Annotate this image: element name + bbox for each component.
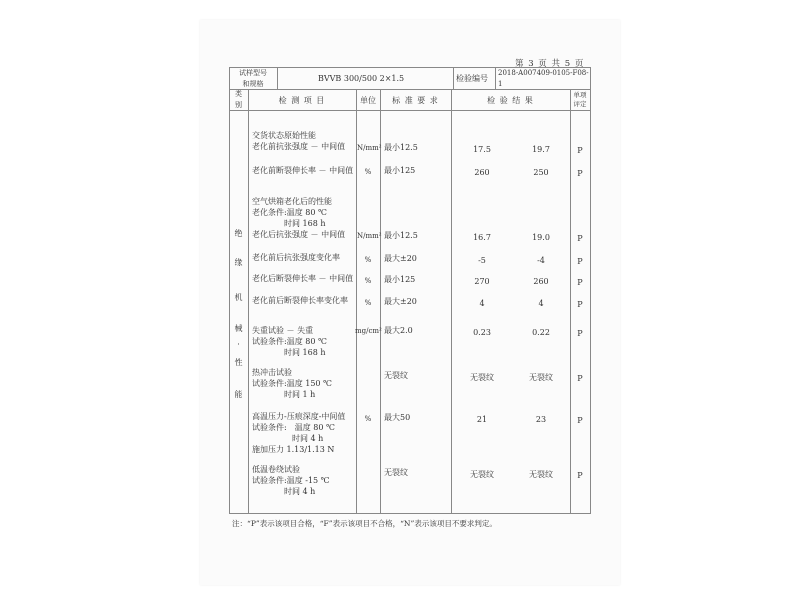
row-item: 空气烘箱老化后的性能 老化条件:温度 80 ℃ 时间 168 h 老化后抗张强度… xyxy=(252,196,345,240)
row-result-2: 23 xyxy=(521,414,561,425)
footnote: 注：“P”表示该项目合格，“F”表示该项目不合格，“N”表示该项目不要求判定。 xyxy=(232,518,497,529)
row-result-1: 无裂纹 xyxy=(462,372,502,383)
row-result-1: 无裂纹 xyxy=(462,469,502,480)
row-result-1: 4 xyxy=(462,298,502,309)
row-item: 老化前后抗张强度变化率 xyxy=(252,252,340,263)
category-char: 机 xyxy=(229,292,248,303)
row-requirement: 最大50 xyxy=(384,412,410,423)
row-item: 老化后断裂伸长率 － 中间值 xyxy=(252,273,353,284)
row-requirement: 最大±20 xyxy=(384,296,417,307)
category-char: 械 xyxy=(229,323,248,334)
row-result-2: -4 xyxy=(521,255,561,266)
row-unit: mg/cm² xyxy=(355,326,382,337)
column-requirement: 标 准 要 求 xyxy=(380,95,451,106)
row-item: 失重试验 － 失重 试验条件:温度 80 ℃ 时间 168 h xyxy=(252,325,327,358)
category-char: 能 xyxy=(229,389,248,400)
category-char: 绝 xyxy=(229,228,248,239)
column-unit: 单位 xyxy=(356,95,380,106)
row-requirement: 最小125 xyxy=(384,274,415,285)
row-result-2: 无裂纹 xyxy=(521,372,561,383)
row-result-1: 270 xyxy=(462,276,502,287)
row-result-1: 260 xyxy=(462,167,502,178)
row-requirement: 最小12.5 xyxy=(384,142,418,153)
row-verdict: P xyxy=(570,277,590,288)
row-requirement: 最小125 xyxy=(384,165,415,176)
column-item: 检 测 项 目 xyxy=(248,95,356,106)
row-result-1: 17.5 xyxy=(462,144,502,155)
row-result-2: 19.7 xyxy=(521,144,561,155)
category-char: 性 xyxy=(229,357,248,368)
row-verdict: P xyxy=(570,415,590,426)
row-result-1: 16.7 xyxy=(462,232,502,243)
row-item: 交货状态原始性能 老化前抗张强度 － 中间值 xyxy=(252,130,345,152)
row-unit: % xyxy=(356,276,380,287)
category-char: 缘 xyxy=(229,257,248,268)
row-verdict: P xyxy=(570,373,590,384)
row-result-1: 21 xyxy=(462,414,502,425)
row-result-2: 260 xyxy=(521,276,561,287)
row-item: 低温卷绕试验 试验条件:温度 -15 ℃ 时间 4 h xyxy=(252,464,330,497)
sample-model-label: 试样型号 和规格 xyxy=(229,68,277,90)
row-requirement: 无裂纹 xyxy=(384,370,408,381)
row-item: 老化前后断裂伸长率变化率 xyxy=(252,295,348,306)
row-verdict: P xyxy=(570,299,590,310)
row-verdict: P xyxy=(570,168,590,179)
row-verdict: P xyxy=(570,328,590,339)
row-result-2: 无裂纹 xyxy=(521,469,561,480)
row-unit: % xyxy=(356,167,380,178)
row-result-2: 250 xyxy=(521,167,561,178)
row-item: 热冲击试验 试验条件:温度 150 ℃ 时间 1 h xyxy=(252,367,332,400)
column-result: 检 验 结 果 xyxy=(451,95,570,106)
row-verdict: P xyxy=(570,145,590,156)
sample-model-value: BVVB 300/500 2×1.5 xyxy=(318,73,404,84)
category-char: · xyxy=(229,340,248,349)
row-requirement: 最小12.5 xyxy=(384,230,418,241)
row-requirement: 最大±20 xyxy=(384,253,417,264)
row-requirement: 最大2.0 xyxy=(384,325,413,336)
row-item: 老化前断裂伸长率 － 中间值 xyxy=(252,165,353,176)
row-unit: N/mm² xyxy=(357,231,382,242)
row-unit: % xyxy=(356,414,380,425)
row-unit: % xyxy=(356,255,380,266)
row-result-2: 4 xyxy=(521,298,561,309)
row-unit: N/mm² xyxy=(357,143,382,154)
report-number-label: 检验编号 xyxy=(456,73,488,84)
row-result-2: 19.0 xyxy=(521,232,561,243)
row-item: 高温压力-压痕深度-中间值 试验条件: 温度 80 ℃ 时间 4 h 施加压力 … xyxy=(252,411,345,455)
row-verdict: P xyxy=(570,233,590,244)
row-result-1: 0.23 xyxy=(462,327,502,338)
row-verdict: P xyxy=(570,470,590,481)
row-unit: % xyxy=(356,298,380,309)
column-verdict: 单项 评定 xyxy=(570,91,590,109)
row-requirement: 无裂纹 xyxy=(384,467,408,478)
row-result-2: 0.22 xyxy=(521,327,561,338)
row-verdict: P xyxy=(570,256,590,267)
report-number-value: 2018-A007409-0105-F08- 1 xyxy=(498,68,589,90)
column-category: 类 别 xyxy=(229,89,248,111)
row-result-1: -5 xyxy=(462,255,502,266)
